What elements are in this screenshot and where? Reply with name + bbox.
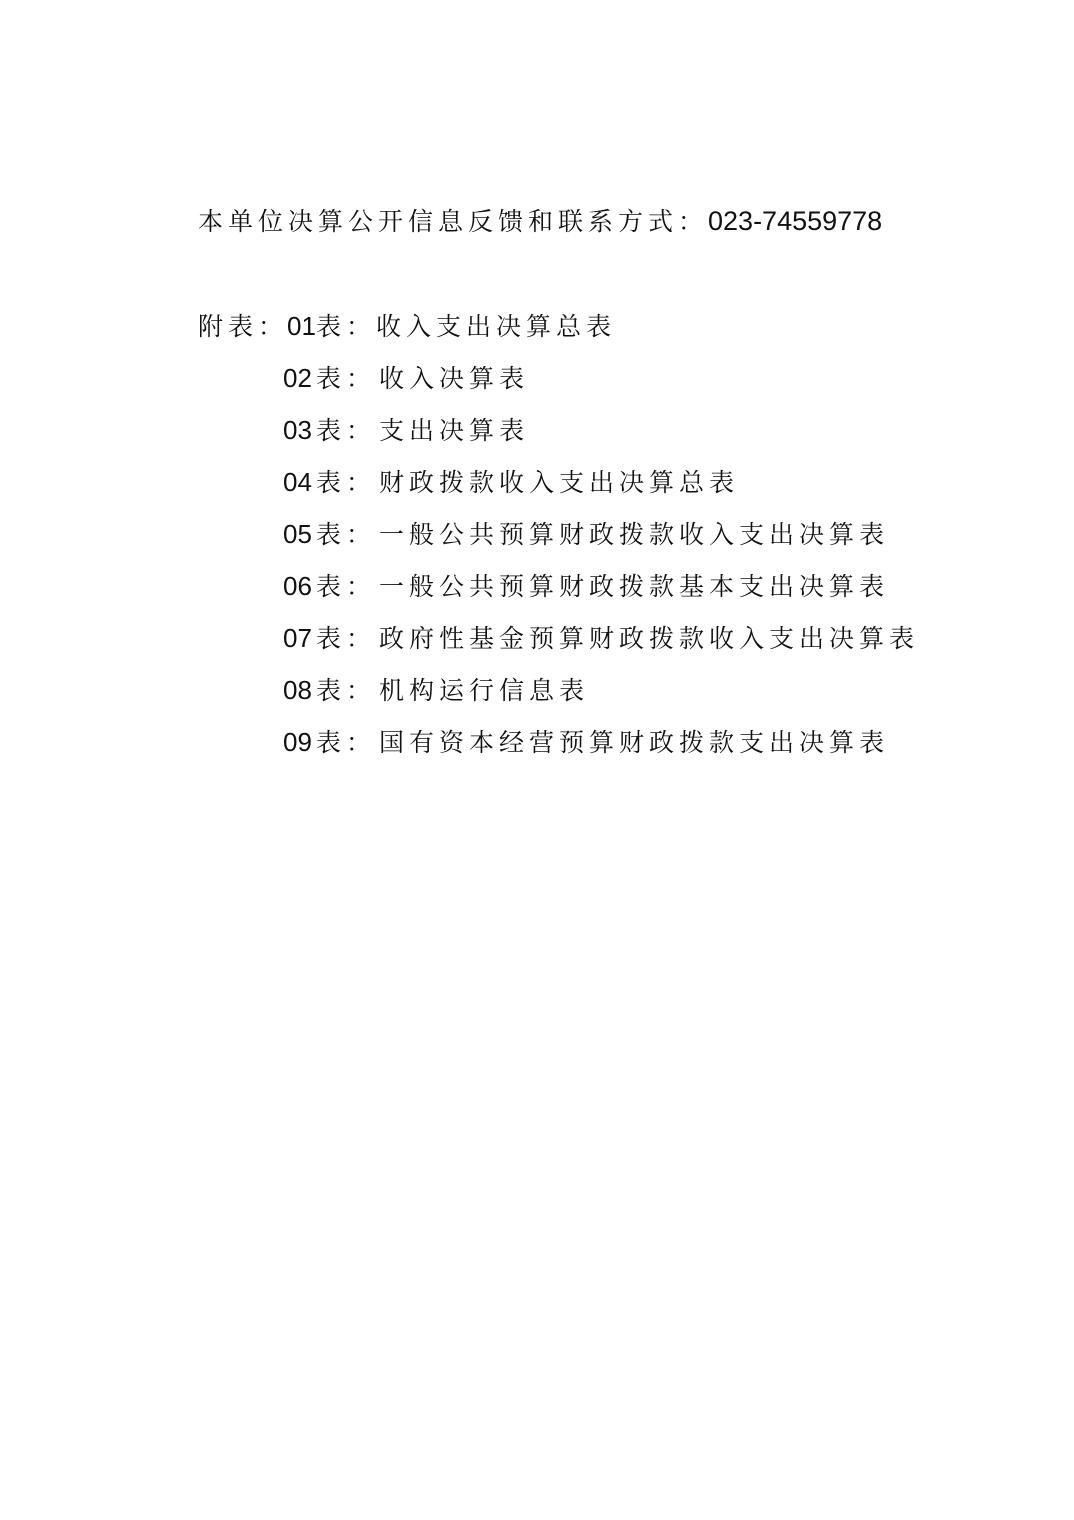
document-page: 本单位决算公开信息反馈和联系方式：023-74559778 附表：01表：收入支… bbox=[0, 0, 1074, 1520]
item-number: 07 bbox=[283, 623, 312, 653]
appendix-item-09: 09表：国有资本经营预算财政拨款支出决算表 bbox=[283, 727, 889, 758]
contact-line: 本单位决算公开信息反馈和联系方式：023-74559778 bbox=[198, 206, 882, 237]
item-suffix: 表 bbox=[316, 520, 346, 549]
item-suffix: 表 bbox=[316, 572, 346, 601]
item-title: 机构运行信息表 bbox=[379, 676, 589, 705]
appendix-item-04: 04表：财政拨款收入支出决算总表 bbox=[283, 467, 739, 498]
appendix-item-05: 05表：一般公共预算财政拨款收入支出决算表 bbox=[283, 519, 889, 550]
item-number: 08 bbox=[283, 675, 312, 705]
item-separator: ： bbox=[346, 416, 371, 445]
item-suffix: 表 bbox=[316, 676, 346, 705]
item-suffix: 表 bbox=[316, 312, 346, 341]
item-suffix: 表 bbox=[316, 468, 346, 497]
item-separator: ： bbox=[346, 364, 371, 393]
appendix-item-08: 08表：机构运行信息表 bbox=[283, 675, 589, 706]
item-number: 03 bbox=[283, 415, 312, 445]
item-suffix: 表 bbox=[316, 416, 346, 445]
item-suffix: 表 bbox=[316, 364, 346, 393]
appendix-label: 附表 bbox=[198, 312, 258, 341]
item-title: 收入决算表 bbox=[379, 364, 529, 393]
appendix-item-06: 06表：一般公共预算财政拨款基本支出决算表 bbox=[283, 571, 889, 602]
appendix-item-02: 02表：收入决算表 bbox=[283, 363, 529, 394]
item-separator: ： bbox=[346, 520, 371, 549]
contact-phone: 023-74559778 bbox=[708, 206, 882, 236]
item-title: 政府性基金预算财政拨款收入支出决算表 bbox=[379, 624, 919, 653]
appendix-item-03: 03表：支出决算表 bbox=[283, 415, 529, 446]
item-suffix: 表 bbox=[316, 728, 346, 757]
item-number: 02 bbox=[283, 363, 312, 393]
item-title: 支出决算表 bbox=[379, 416, 529, 445]
item-separator: ： bbox=[346, 312, 376, 341]
item-title: 财政拨款收入支出决算总表 bbox=[379, 468, 739, 497]
item-number: 09 bbox=[283, 727, 312, 757]
item-title: 收入支出决算总表 bbox=[376, 312, 616, 341]
item-separator: ： bbox=[346, 572, 371, 601]
item-number: 06 bbox=[283, 571, 312, 601]
item-number: 01 bbox=[287, 311, 316, 341]
item-separator: ： bbox=[346, 624, 371, 653]
item-separator: ： bbox=[346, 728, 371, 757]
item-title: 一般公共预算财政拨款收入支出决算表 bbox=[379, 520, 889, 549]
appendix-label-separator: ： bbox=[258, 312, 283, 341]
item-separator: ： bbox=[346, 468, 371, 497]
item-title: 国有资本经营预算财政拨款支出决算表 bbox=[379, 728, 889, 757]
item-number: 04 bbox=[283, 467, 312, 497]
item-suffix: 表 bbox=[316, 624, 346, 653]
appendix-item-01: 附表：01表：收入支出决算总表 bbox=[198, 311, 616, 342]
item-title: 一般公共预算财政拨款基本支出决算表 bbox=[379, 572, 889, 601]
contact-label: 本单位决算公开信息反馈和联系方式： bbox=[198, 207, 708, 236]
item-separator: ： bbox=[346, 676, 371, 705]
item-number: 05 bbox=[283, 519, 312, 549]
appendix-item-07: 07表：政府性基金预算财政拨款收入支出决算表 bbox=[283, 623, 919, 654]
